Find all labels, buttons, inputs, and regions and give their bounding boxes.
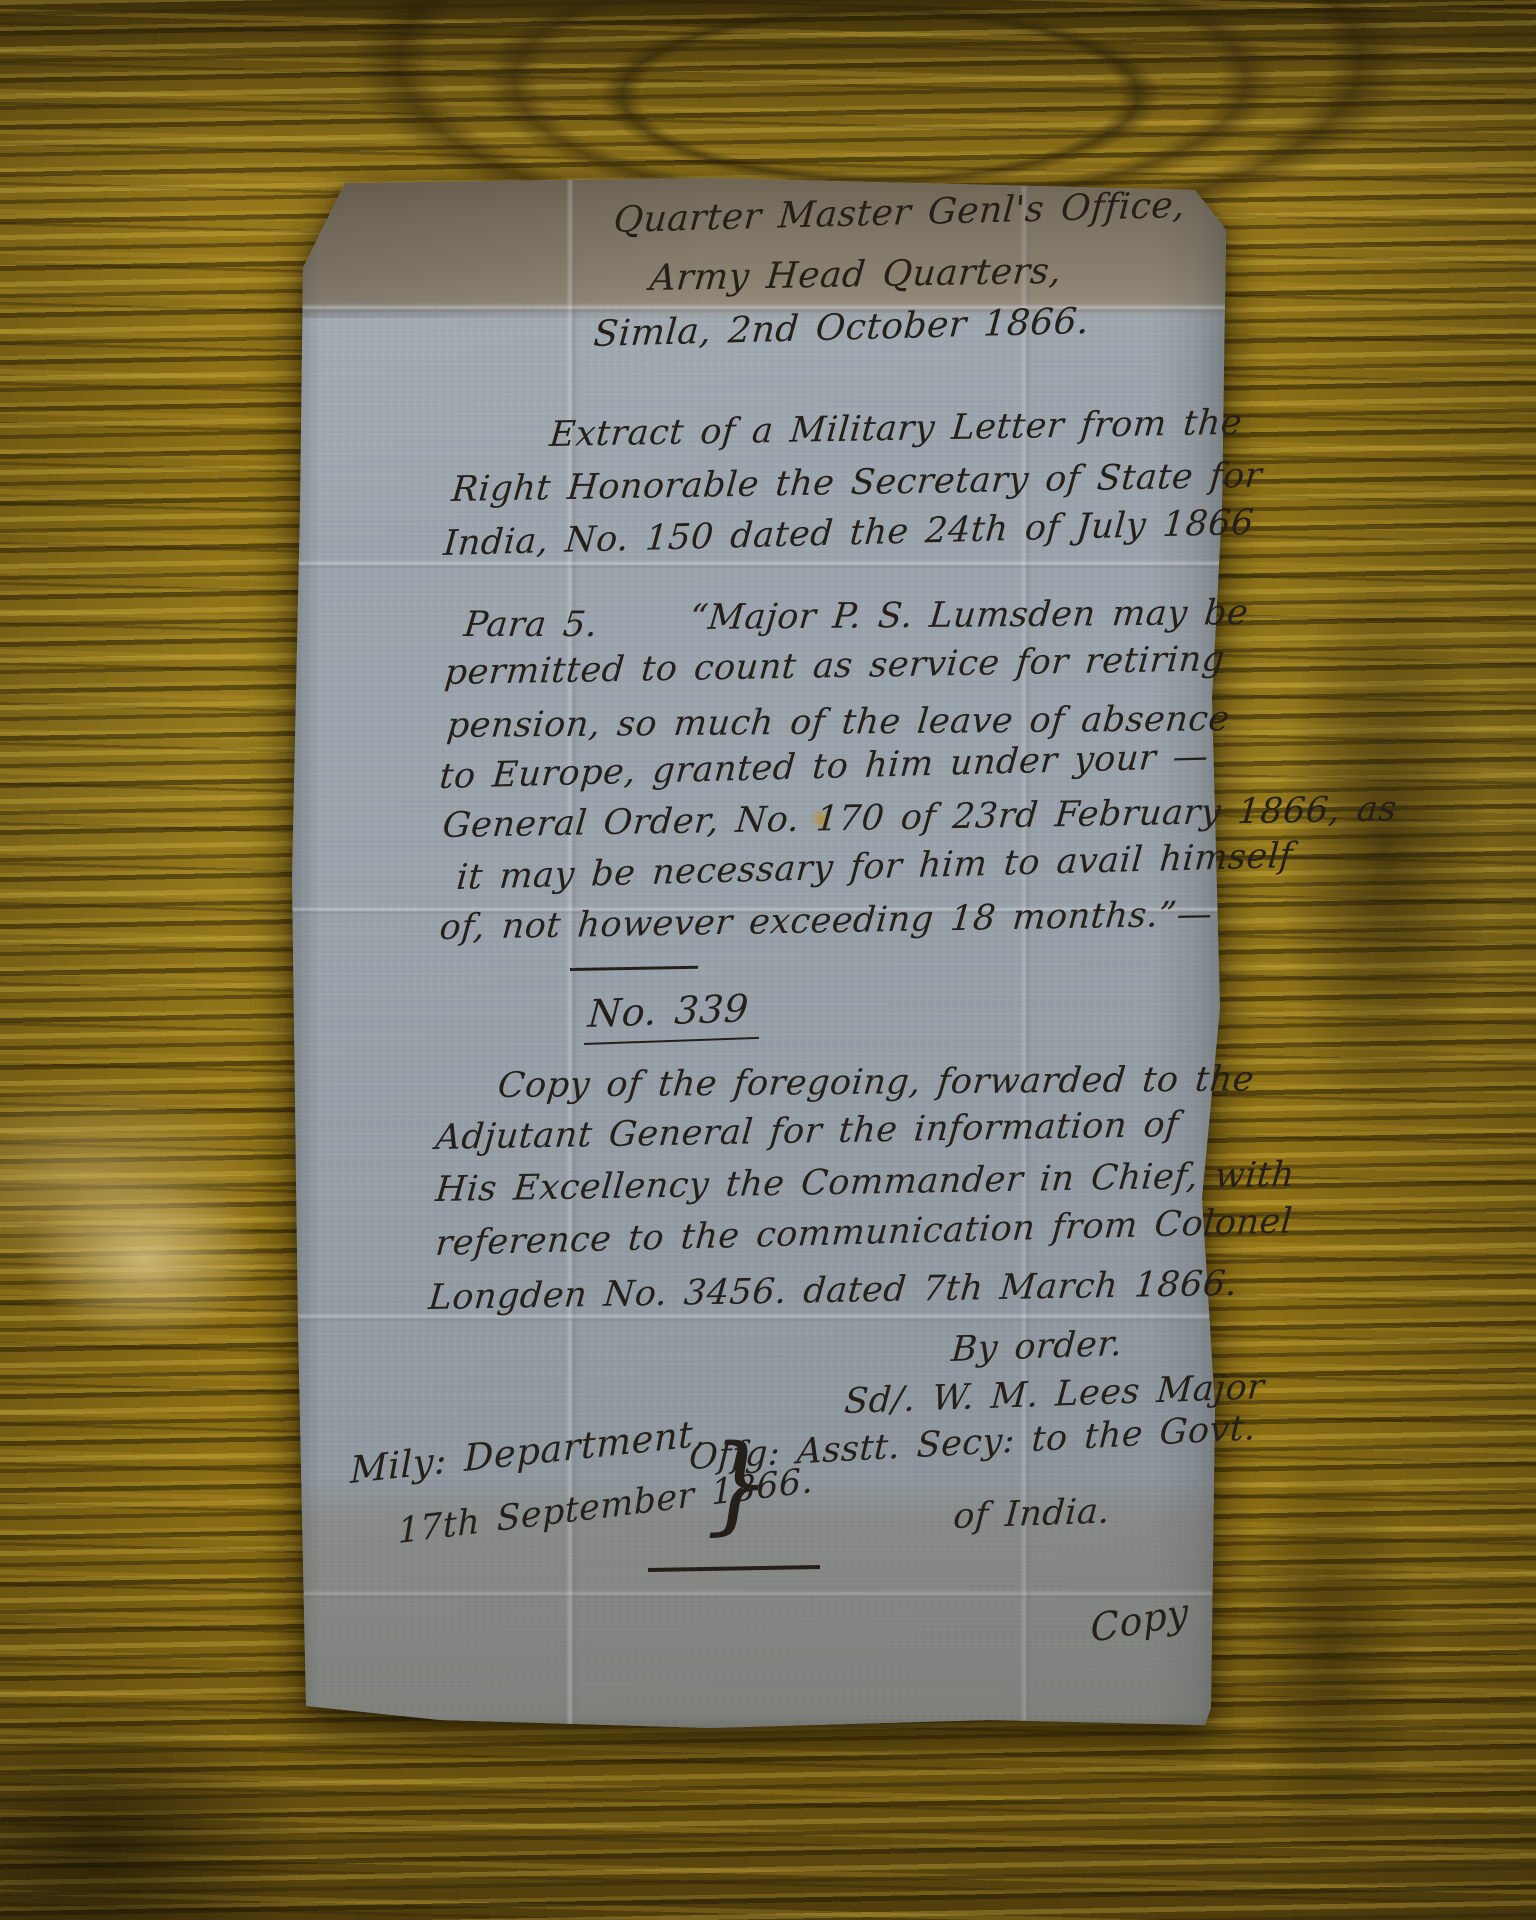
extract-line: Right Honorable the Secretary of State f… [450,456,1264,510]
dateline: Simla, 2nd October 1866. [592,301,1091,355]
curly-brace: } [702,1422,774,1546]
para5-line: “Major P. S. Lumsden may be [688,593,1250,638]
by-order-line: By order. [950,1324,1124,1370]
para5-line: it may be necessary for him to avail him… [455,836,1294,898]
letter-number: No. 339 [584,987,762,1045]
extract-line: Extract of a Military Letter from the [548,403,1244,455]
office-heading: Quarter Master Genl's Office, [612,185,1187,241]
separator-rule [570,966,698,971]
signature-title-continued: of India. [952,1491,1111,1537]
forwarding-line: Adjutant General for the information of [434,1105,1180,1158]
army-headquarters-line: Army Head Quarters, [648,251,1063,300]
forwarding-line: Longden No. 3456. dated 7th March 1866. [427,1264,1239,1318]
forwarding-line: His Excellency the Commander in Chief, w… [434,1155,1296,1210]
extract-line: India, No. 150 dated the 24th of July 18… [442,503,1255,565]
forwarding-line: Copy of the foregoing, forwarded to the [496,1059,1256,1106]
forwarding-line: reference to the communication from Colo… [434,1201,1294,1264]
para5-line: to Europe, granted to him under your — [438,737,1210,797]
handwriting-layer: Quarter Master Genl's Office, Army Head … [0,0,1536,1920]
closing-rule [648,1565,820,1572]
copy-annotation: Copy [1089,1591,1190,1652]
photo-of-letter: Quarter Master Genl's Office, Army Head … [0,0,1536,1920]
para5-line: of, not however exceeding 18 months.”— [438,894,1214,948]
para5-line: permitted to count as service for retiri… [443,639,1226,693]
para5-label: Para 5. [462,605,600,645]
